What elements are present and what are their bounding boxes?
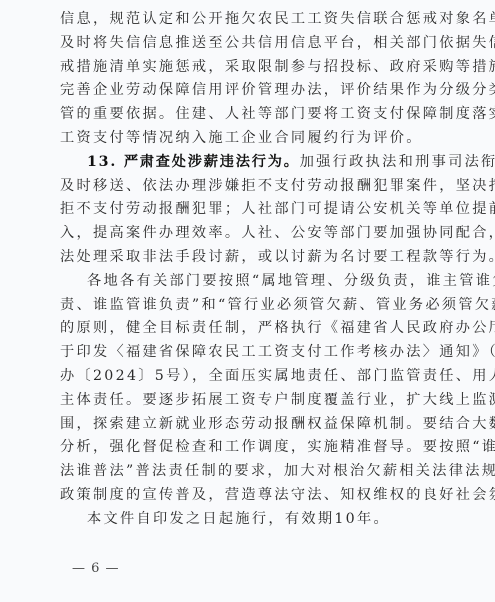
- section-heading-line: 13. 严肃查处涉薪违法行为。加强行政执法和刑事司法衔接，: [60, 151, 432, 175]
- document-page: 信息，规范认定和公开拖欠农民工工资失信联合惩戒对象名单， 及时将失信信息推送至公…: [0, 0, 495, 602]
- section-heading: 13. 严肃查处涉薪违法行为。: [87, 154, 300, 170]
- text-line: 管的重要依据。住建、人社等部门要将工资支付保障制度落实、: [60, 103, 432, 127]
- text-line: 工资支付等情况纳入施工企业合同履约行为评价。: [60, 127, 432, 151]
- text-line: 政策制度的宣传普及，营造尊法守法、知权维权的良好社会氛围。: [60, 484, 432, 508]
- text-line: 本文件自印发之日起施行，有效期10年。: [60, 508, 432, 532]
- text-line: 的原则，健全目标责任制，严格执行《福建省人民政府办公厅关: [60, 317, 432, 341]
- text-line: 责、谁监管谁负责”和“管行业必须管欠薪、管业务必须管欠薪”: [60, 294, 432, 318]
- body-text: 信息，规范认定和公开拖欠农民工工资失信联合惩戒对象名单， 及时将失信信息推送至公…: [60, 8, 432, 532]
- text-line: 戒措施清单实施惩戒，采取限制参与招投标、政府采购等措施。: [60, 56, 432, 80]
- text-line: 及时移送、依法办理涉嫌拒不支付劳动报酬犯罪案件，坚决打击: [60, 175, 432, 199]
- text-line: 完善企业劳动保障信用评价管理办法，评价结果作为分级分类监: [60, 79, 432, 103]
- text-line: 分析，强化督促检查和工作调度，实施精准督导。要按照“谁执: [60, 436, 432, 460]
- page-number: — 6 —: [72, 561, 120, 576]
- text-line: 法处理采取非法手段讨薪，或以讨薪为名讨要工程款等行为。: [60, 246, 432, 270]
- text-line: 入，提高案件办理效率。人社、公安等部门要加强协同配合，依: [60, 222, 432, 246]
- text-line: 拒不支付劳动报酬犯罪；人社部门可提请公安机关等单位提前介: [60, 198, 432, 222]
- text-line: 办〔2024〕5号），全面压实属地责任、部门监管责任、用人单位: [60, 365, 432, 389]
- text-line: 信息，规范认定和公开拖欠农民工工资失信联合惩戒对象名单，: [60, 8, 432, 32]
- text-line: 于印发〈福建省保障农民工工资支付工作考核办法〉通知》（闽政: [60, 341, 432, 365]
- text-line: 主体责任。要逐步拓展工资专户制度覆盖行业，扩大线上监测范: [60, 389, 432, 413]
- text-line: 围，探索建立新就业形态劳动报酬权益保障机制。要结合大数据: [60, 413, 432, 437]
- text-span: 加强行政执法和刑事司法衔接，: [300, 154, 495, 170]
- text-line: 各地各有关部门要按照“属地管理、分级负责，谁主管谁负: [60, 270, 432, 294]
- text-line: 及时将失信信息推送至公共信用信息平台，相关部门依据失信惩: [60, 32, 432, 56]
- text-line: 法谁普法”普法责任制的要求，加大对根治欠薪相关法律法规和: [60, 460, 432, 484]
